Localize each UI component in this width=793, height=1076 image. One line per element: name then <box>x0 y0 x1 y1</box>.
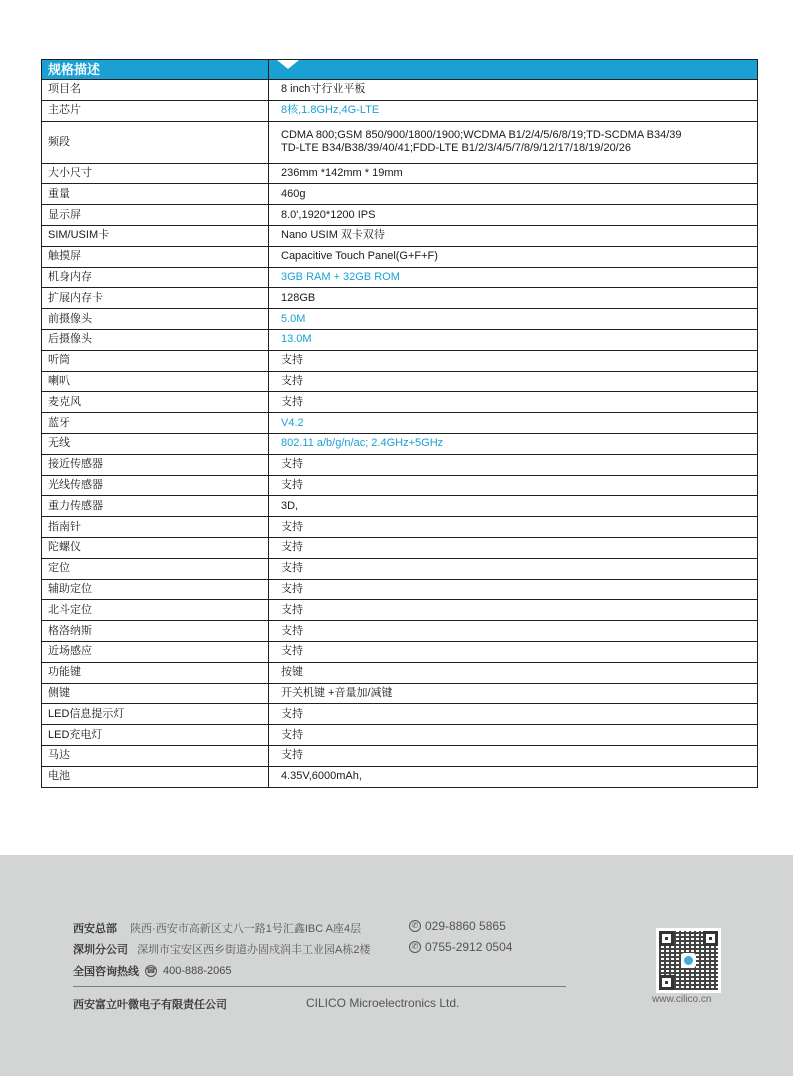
spec-key: 陀螺仪 <box>42 537 269 558</box>
spec-key: 辅助定位 <box>42 579 269 600</box>
spec-value: 支持 <box>269 558 758 579</box>
spec-key: 无线 <box>42 433 269 454</box>
spec-value: 支持 <box>269 475 758 496</box>
phone-icon: ✆ <box>409 920 421 932</box>
spec-value: 支持 <box>269 641 758 662</box>
spec-row: 听筒支持 <box>42 350 758 371</box>
spec-key: 格洛纳斯 <box>42 621 269 642</box>
spec-value: 13.0M <box>269 329 758 350</box>
spec-key: 功能键 <box>42 662 269 683</box>
hq-label: 西安总部 <box>73 923 117 935</box>
spec-row: LED充电灯支持 <box>42 725 758 746</box>
spec-row: 北斗定位支持 <box>42 600 758 621</box>
spec-value: Nano USIM 双卡双待 <box>269 225 758 246</box>
shenzhen-phone-number: 0755-2912 0504 <box>425 940 512 954</box>
spec-key: SIM/USIM卡 <box>42 225 269 246</box>
spec-row: 主芯片8核,1.8GHz,4G-LTE <box>42 100 758 121</box>
website-url[interactable]: www.cilico.cn <box>652 994 711 1005</box>
spec-value: 支持 <box>269 392 758 413</box>
spec-row: 接近传感器支持 <box>42 454 758 475</box>
spec-key: 北斗定位 <box>42 600 269 621</box>
spec-key: 喇叭 <box>42 371 269 392</box>
spec-key: LED信息提示灯 <box>42 704 269 725</box>
spec-key: 重量 <box>42 184 269 205</box>
spec-key: 机身内存 <box>42 267 269 288</box>
spec-row: 麦克风支持 <box>42 392 758 413</box>
qr-pattern <box>659 931 718 990</box>
hotline-label: 全国咨询热线 <box>73 963 139 979</box>
qr-code <box>656 928 721 993</box>
spec-row: 显示屏8.0',1920*1200 IPS <box>42 205 758 226</box>
spec-key: 触摸屏 <box>42 246 269 267</box>
spec-value: 支持 <box>269 600 758 621</box>
spec-key: 频段 <box>42 121 269 163</box>
spec-value: V4.2 <box>269 413 758 434</box>
spec-row: LED信息提示灯支持 <box>42 704 758 725</box>
spec-value: 8.0',1920*1200 IPS <box>269 205 758 226</box>
spec-value: 3GB RAM + 32GB ROM <box>269 267 758 288</box>
hq-info: 西安总部 陕西·西安市高新区丈八一路1号汇鑫IBC A座4层 <box>73 920 361 936</box>
spec-value: 460g <box>269 184 758 205</box>
spec-value: 支持 <box>269 745 758 766</box>
footer: 西安总部 陕西·西安市高新区丈八一路1号汇鑫IBC A座4层 ✆ 029-886… <box>0 855 793 1076</box>
spec-value: 支持 <box>269 725 758 746</box>
hq-phone: ✆ 029-8860 5865 <box>409 919 506 933</box>
qr-finder-icon <box>659 931 674 946</box>
spec-row: 马达支持 <box>42 745 758 766</box>
shenzhen-info: 深圳分公司 深圳市宝安区西乡街道办固戍润丰工业园A栋2楼 <box>73 941 371 957</box>
shenzhen-label: 深圳分公司 <box>73 944 128 956</box>
spec-row: 前摄像头5.0M <box>42 309 758 330</box>
qr-finder-icon <box>703 931 718 946</box>
spec-row: 重力传感器3D, <box>42 496 758 517</box>
spec-value: 支持 <box>269 371 758 392</box>
spec-value-line: CDMA 800;GSM 850/900/1800/1900;WCDMA B1/… <box>281 129 757 142</box>
spec-key: 电池 <box>42 766 269 787</box>
spec-row: 扩展内存卡128GB <box>42 288 758 309</box>
spec-value: 8核,1.8GHz,4G-LTE <box>269 100 758 121</box>
hotline-info: 全国咨询热线 ☎ 400-888-2065 <box>73 963 232 979</box>
qr-finder-icon <box>659 975 674 990</box>
spec-row: 近场感应支持 <box>42 641 758 662</box>
spec-value: 支持 <box>269 704 758 725</box>
spec-row: SIM/USIM卡Nano USIM 双卡双待 <box>42 225 758 246</box>
spec-key: 定位 <box>42 558 269 579</box>
shenzhen-address: 深圳市宝安区西乡街道办固戍润丰工业园A栋2楼 <box>137 944 370 956</box>
spec-value: 按键 <box>269 662 758 683</box>
spec-row: 大小尺寸236mm *142mm * 19mm <box>42 163 758 184</box>
spec-row: 重量460g <box>42 184 758 205</box>
spec-row: 辅助定位支持 <box>42 579 758 600</box>
spec-table: 规格描述 项目名8 inch寸行业平板主芯片8核,1.8GHz,4G-LTE频段… <box>41 59 758 788</box>
spec-value: 8 inch寸行业平板 <box>269 80 758 101</box>
spec-key: 扩展内存卡 <box>42 288 269 309</box>
spec-value: 支持 <box>269 579 758 600</box>
spec-row: 蓝牙V4.2 <box>42 413 758 434</box>
spec-value: 开关机键 +音量加/减键 <box>269 683 758 704</box>
spec-row: 无线802.11 a/b/g/n/ac; 2.4GHz+5GHz <box>42 433 758 454</box>
spec-row: 陀螺仪支持 <box>42 537 758 558</box>
spec-key: 听筒 <box>42 350 269 371</box>
spec-row: 指南针支持 <box>42 517 758 538</box>
brand-logo-icon <box>681 953 696 968</box>
spec-row: 光线传感器支持 <box>42 475 758 496</box>
spec-row: 喇叭支持 <box>42 371 758 392</box>
spec-value: 4.35V,6000mAh, <box>269 766 758 787</box>
spec-key: 麦克风 <box>42 392 269 413</box>
spec-row: 格洛纳斯支持 <box>42 621 758 642</box>
shenzhen-phone: ✆ 0755-2912 0504 <box>409 940 512 954</box>
spec-header-title: 规格描述 <box>42 60 269 80</box>
spec-row: 触摸屏Capacitive Touch Panel(G+F+F) <box>42 246 758 267</box>
spec-key: LED充电灯 <box>42 725 269 746</box>
spec-row: 侧键开关机键 +音量加/减键 <box>42 683 758 704</box>
hq-phone-number: 029-8860 5865 <box>425 919 506 933</box>
spec-value: 支持 <box>269 621 758 642</box>
triangle-down-icon <box>277 60 299 69</box>
spec-key: 侧键 <box>42 683 269 704</box>
spec-key: 接近传感器 <box>42 454 269 475</box>
spec-row: 机身内存3GB RAM + 32GB ROM <box>42 267 758 288</box>
spec-table-header: 规格描述 <box>42 60 758 80</box>
spec-value: 支持 <box>269 350 758 371</box>
spec-value: 3D, <box>269 496 758 517</box>
spec-value: CDMA 800;GSM 850/900/1800/1900;WCDMA B1/… <box>269 121 758 163</box>
spec-value: 236mm *142mm * 19mm <box>269 163 758 184</box>
company-name-cn: 西安富立叶微电子有限责任公司 <box>73 996 227 1012</box>
spec-value-line: TD-LTE B34/B38/39/40/41;FDD-LTE B1/2/3/4… <box>281 142 757 155</box>
spec-row: 后摄像头13.0M <box>42 329 758 350</box>
spec-key: 项目名 <box>42 80 269 101</box>
spec-value: 支持 <box>269 517 758 538</box>
spec-row: 频段CDMA 800;GSM 850/900/1800/1900;WCDMA B… <box>42 121 758 163</box>
phone-icon: ✆ <box>409 941 421 953</box>
spec-key: 主芯片 <box>42 100 269 121</box>
spec-key: 指南针 <box>42 517 269 538</box>
spec-key: 重力传感器 <box>42 496 269 517</box>
spec-key: 显示屏 <box>42 205 269 226</box>
spec-value: 128GB <box>269 288 758 309</box>
hotline-number: 400-888-2065 <box>163 965 232 977</box>
spec-value: 支持 <box>269 454 758 475</box>
footer-divider <box>73 986 566 987</box>
spec-value: 802.11 a/b/g/n/ac; 2.4GHz+5GHz <box>269 433 758 454</box>
spec-key: 大小尺寸 <box>42 163 269 184</box>
spec-header-decoration <box>269 60 758 80</box>
spec-key: 近场感应 <box>42 641 269 662</box>
company-name-en: CILICO Microelectronics Ltd. <box>306 996 459 1010</box>
spec-row: 项目名8 inch寸行业平板 <box>42 80 758 101</box>
hq-address: 陕西·西安市高新区丈八一路1号汇鑫IBC A座4层 <box>130 923 361 935</box>
spec-key: 马达 <box>42 745 269 766</box>
spec-value: 5.0M <box>269 309 758 330</box>
spec-key: 光线传感器 <box>42 475 269 496</box>
spec-row: 电池4.35V,6000mAh, <box>42 766 758 787</box>
spec-row: 定位支持 <box>42 558 758 579</box>
spec-value: 支持 <box>269 537 758 558</box>
spec-value: Capacitive Touch Panel(G+F+F) <box>269 246 758 267</box>
spec-key: 前摄像头 <box>42 309 269 330</box>
spec-key: 后摄像头 <box>42 329 269 350</box>
spec-key: 蓝牙 <box>42 413 269 434</box>
telephone-icon: ☎ <box>145 965 157 977</box>
spec-row: 功能键按键 <box>42 662 758 683</box>
